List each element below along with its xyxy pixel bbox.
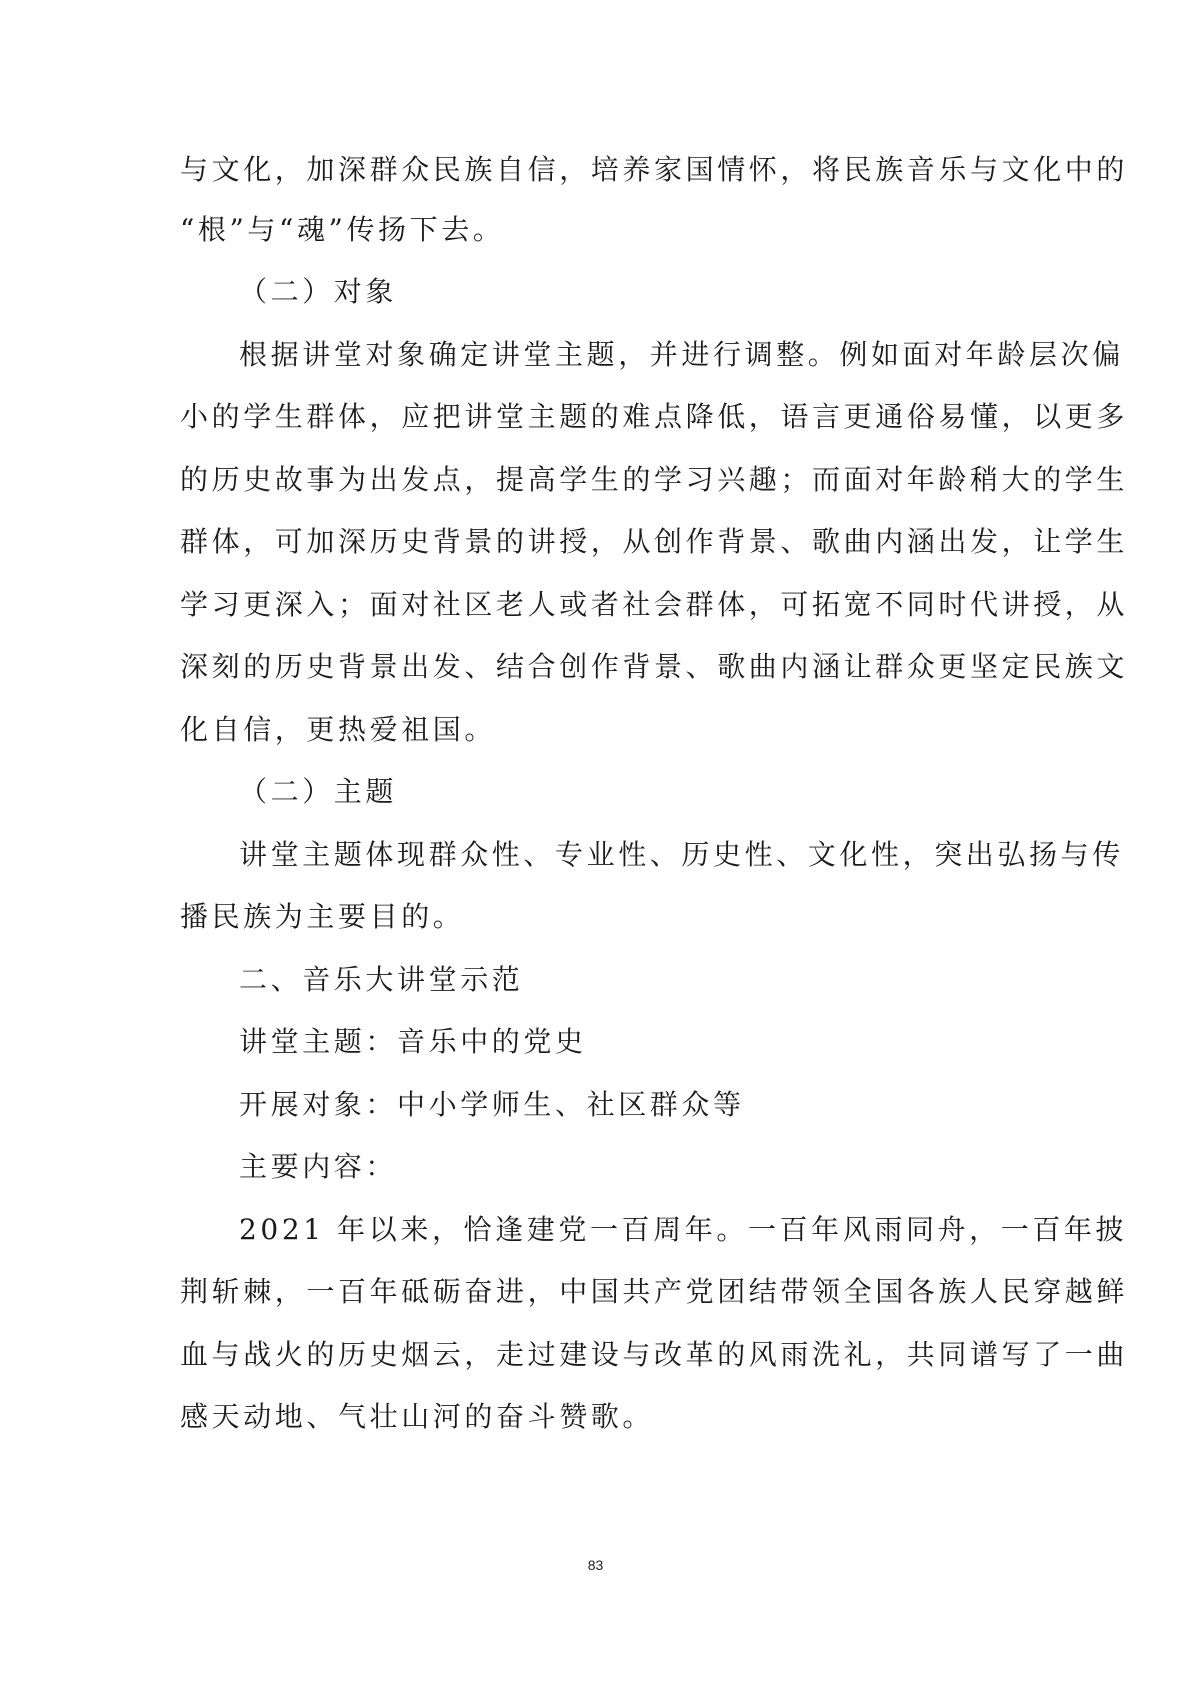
lecture-topic: 讲堂主题：音乐中的党史 (239, 1022, 587, 1062)
paragraph-line: 荆斩棘，一百年砥砺奋进，中国共产党团结带领全国各族人民穿越鲜 (180, 1272, 1128, 1312)
paragraph-line: 与文化，加深群众民族自信，培养家国情怀，将民族音乐与文化中的 (180, 150, 1128, 190)
main-content-label: 主要内容： (239, 1147, 397, 1187)
section-heading-theme: （二）主题 (239, 772, 397, 812)
paragraph-line: 根据讲堂对象确定讲堂主题，并进行调整。例如面对年龄层次偏 (239, 335, 1124, 375)
paragraph-line: 播民族为主要目的。 (180, 897, 464, 937)
paragraph-line: “根”与“魂”传扬下去。 (180, 210, 504, 250)
paragraph-line: 感天动地、气壮山河的奋斗赞歌。 (180, 1397, 654, 1437)
paragraph-line: 的历史故事为出发点，提高学生的学习兴趣；而面对年龄稍大的学生 (180, 460, 1128, 500)
paragraph-line: 小的学生群体，应把讲堂主题的难点降低，语言更通俗易懂，以更多 (180, 397, 1128, 437)
paragraph-line: 2021 年以来，恰逢建党一百周年。一百年风雨同舟，一百年披 (239, 1210, 1127, 1250)
document-page: 与文化，加深群众民族自信，培养家国情怀，将民族音乐与文化中的 “根”与“魂”传扬… (0, 0, 1191, 1684)
section-heading-demo: 二、音乐大讲堂示范 (239, 960, 523, 1000)
lecture-audience: 开展对象：中小学师生、社区群众等 (239, 1085, 745, 1125)
paragraph-line: 讲堂主题体现群众性、专业性、历史性、文化性，突出弘扬与传 (239, 835, 1124, 875)
paragraph-line: 群体，可加深历史背景的讲授，从创作背景、歌曲内涵出发，让学生 (180, 522, 1128, 562)
paragraph-line: 血与战火的历史烟云，走过建设与改革的风雨洗礼，共同谱写了一曲 (180, 1335, 1128, 1375)
paragraph-line: 化自信，更热爱祖国。 (180, 710, 496, 750)
paragraph-line: 学习更深入；面对社区老人或者社会群体，可拓宽不同时代讲授，从 (180, 585, 1128, 625)
section-heading-object: （二）对象 (239, 272, 397, 312)
paragraph-line: 深刻的历史背景出发、结合创作背景、歌曲内涵让群众更坚定民族文 (180, 647, 1128, 687)
page-number: 83 (0, 1557, 1191, 1573)
